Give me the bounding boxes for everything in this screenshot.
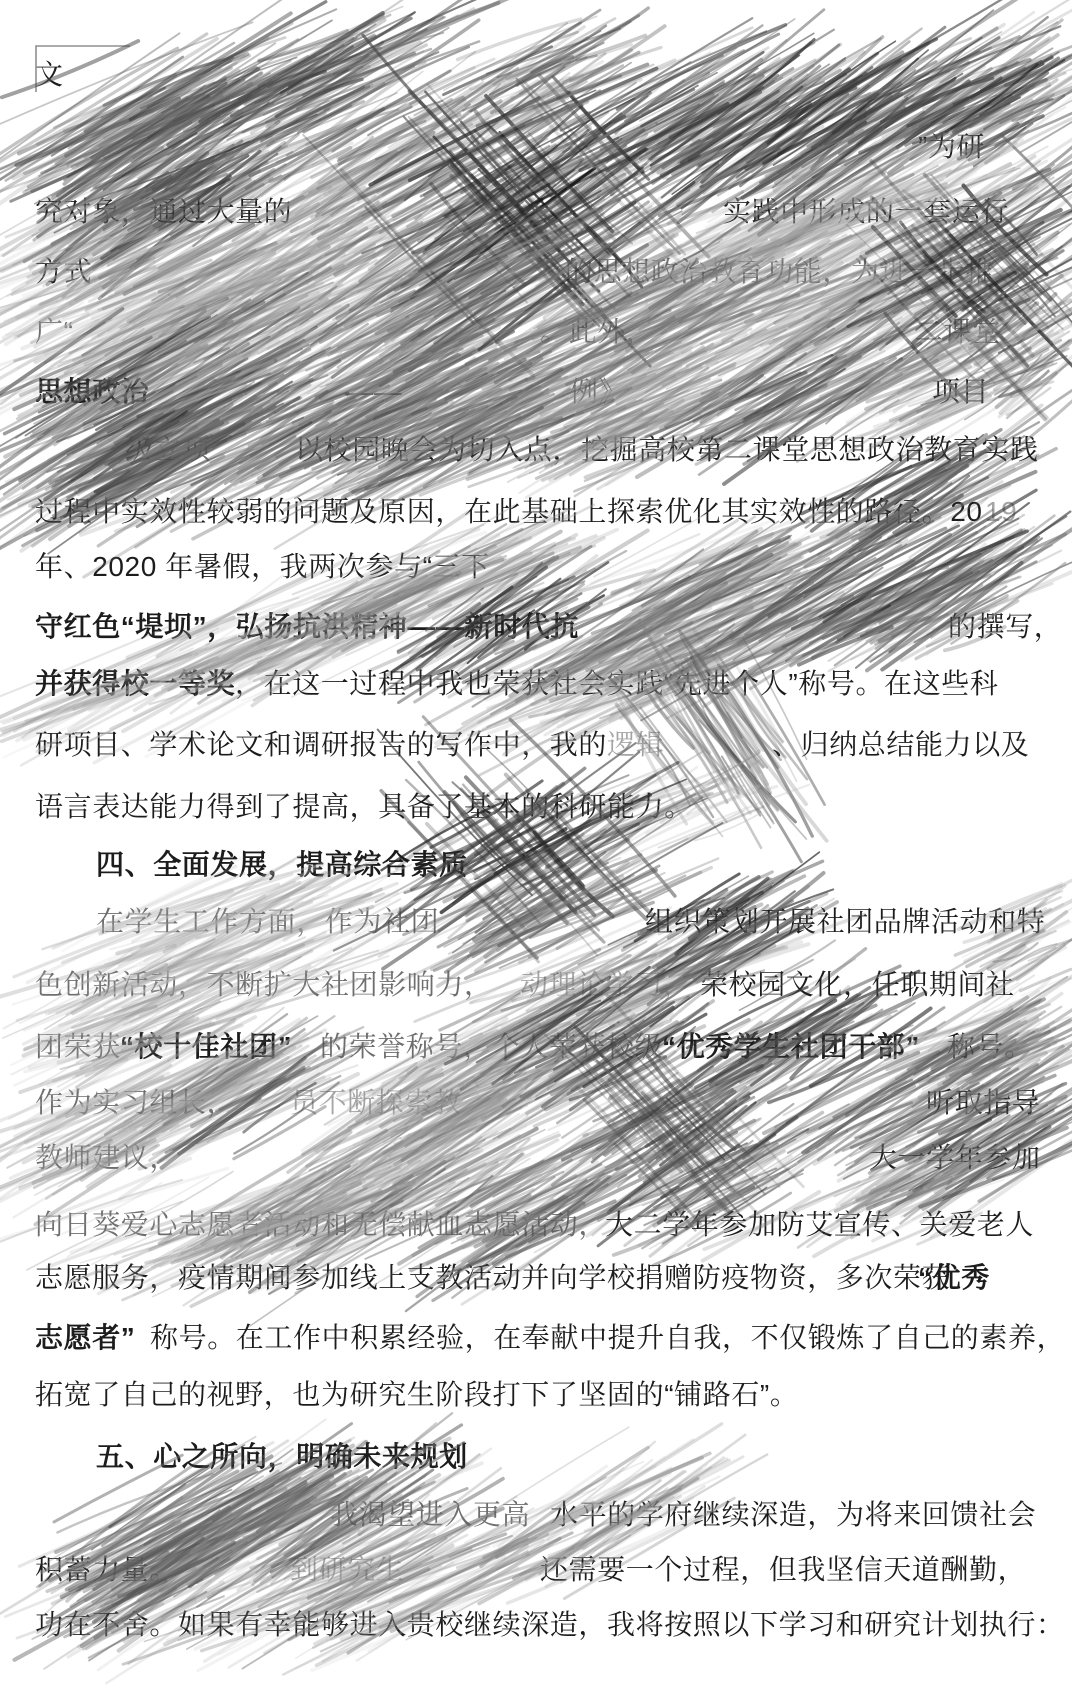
text-line: 年、2020 年暑假，我两次参与“三下 (0, 545, 1072, 589)
text-segment: ”为研 (918, 125, 985, 169)
emphasis-text: “优秀学生社团干部” (662, 1025, 920, 1069)
emphasis-text: 并获得校一等奖 (35, 662, 235, 706)
text-segment: 称号。在工作中积累经验，在奉献中提升自我，不仅锻炼了自己的素养， (150, 1316, 1065, 1360)
text-segment: 的思想政治教育功能，为进一步推 (565, 250, 994, 294)
text-line: 过程中实效性较弱的问题及原因，在此基础上探索优化其实效性的路径。2019 (0, 490, 1072, 534)
text-segment: 年、2020 年暑假，我两次参与“三下 (35, 545, 490, 589)
emphasis-text: 五、心之所向，明确未来规划 (96, 1435, 468, 1479)
text-line: 团荣获“校十佳社团”的荣誉称号，个人荣获校级“优秀学生社团干部”称号。 (0, 1025, 1072, 1069)
text-segment: —— (345, 370, 402, 414)
text-line: 在学生工作方面，作为社团组织策划开展社团品牌活动和特 (0, 900, 1072, 944)
text-segment: 广“ (35, 310, 74, 354)
text-segment: 级立项 (125, 428, 211, 472)
text-segment: 语言表达能力得到了提高，具备了基本的科研能力。 (35, 785, 693, 829)
text-segment: 听取指导 (926, 1081, 1040, 1125)
text-segment: 积蓄力量。 (35, 1548, 178, 1592)
text-line: 教师建议，大一学年参加 (0, 1136, 1072, 1180)
text-segment: 、归纳总结能力以及 (772, 723, 1029, 767)
text-segment: 在学生工作方面，作为社团 (96, 900, 439, 944)
text-segment: 项目 (932, 370, 989, 414)
text-segment: 逻辑 (607, 723, 664, 767)
text-segment: 员不断探索教 (290, 1081, 462, 1125)
text-segment: 拓宽了自己的视野，也为研究生阶段打下了坚固的“铺路石”。 (35, 1373, 798, 1417)
text-segment: 例》 (570, 370, 627, 414)
text-segment: 二课堂 (915, 310, 1001, 354)
emphasis-text: 守红色“堤坝”，弘扬抗洪精神——新时代抗 (35, 605, 579, 649)
text-segment: 作为实习组长， (35, 1081, 235, 1125)
text-line: 志愿者”称号。在工作中积累经验，在奉献中提升自我，不仅锻炼了自己的素养， (0, 1316, 1072, 1360)
text-segment: 大一学年参加 (869, 1136, 1041, 1180)
document-page: 文”为研究对象，通过大量的实践中形成的一套运行方式的思想政治教育功能，为进一步推… (0, 0, 1072, 1708)
text-line: 文 (0, 53, 1072, 97)
section-heading-4: 四、全面发展，提高综合素质 (0, 843, 1072, 887)
text-segment: 团荣获 (35, 1025, 121, 1069)
text-segment: 以校园晚会为切入点，挖掘高校第二课堂思想政治教育实践 (295, 428, 1039, 472)
text-line: 功在不舍。如果有幸能够进入贵校继续深造，我将按照以下学习和研究计划执行： (0, 1603, 1072, 1647)
text-segment: 色创新活动，不断扩大社团影响力， (35, 963, 493, 1007)
emphasis-text: 思想政治 (35, 370, 149, 414)
text-segment: 过程中实效性较弱的问题及原因，在此基础上探索优化其实效性的路径。20 (35, 490, 983, 534)
text-segment: 方式 (35, 250, 92, 294)
text-line: 究对象，通过大量的实践中形成的一套运行 (0, 190, 1072, 234)
emphasis-text: “校十佳社团” (120, 1025, 292, 1069)
text-segment: 到研究生 (290, 1548, 404, 1592)
text-segment: 组织策划开展社团品牌活动和特 (645, 900, 1045, 944)
text-segment: 。此外， (540, 310, 654, 354)
text-segment: 19 (985, 490, 1017, 534)
text-line: 思想政治——例》项目 (0, 370, 1072, 414)
section-heading-5: 五、心之所向，明确未来规划 (0, 1435, 1072, 1479)
text-segment: 教师建议， (35, 1136, 178, 1180)
text-line: 积蓄力量。到研究生还需要一个过程，但我坚信天道酬勤， (0, 1548, 1072, 1592)
text-segment: 我渴望进入更高 (330, 1493, 530, 1537)
text-line: 守红色“堤坝”，弘扬抗洪精神——新时代抗的撰写， (0, 605, 1072, 649)
text-line: 研项目、学术论文和调研报告的写作中，我的逻辑、归纳总结能力以及 (0, 723, 1072, 767)
text-line: 我渴望进入更高水平的学府继续深造，为将来回馈社会 (0, 1493, 1072, 1537)
text-segment: 向日葵爱心志愿者活动和无偿献血志愿活动， (35, 1203, 607, 1247)
text-line: 色创新活动，不断扩大社团影响力，动理论学习，荣校园文化，任职期间社 (0, 963, 1072, 1007)
text-segment: ，在这一过程中我也荣获社会实践“先进个人”称号。在这些科 (235, 662, 998, 706)
text-line: 并获得校一等奖，在这一过程中我也荣获社会实践“先进个人”称号。在这些科 (0, 662, 1072, 706)
text-segment: 实践中形成的一套运行 (723, 190, 1009, 234)
text-segment: 的撰写， (948, 605, 1062, 649)
text-line: 级立项以校园晚会为切入点，挖掘高校第二课堂思想政治教育实践 (0, 428, 1072, 472)
emphasis-text: 志愿者” (35, 1316, 135, 1360)
text-line: 作为实习组长，员不断探索教听取指导 (0, 1081, 1072, 1125)
text-line: 方式的思想政治教育功能，为进一步推 (0, 250, 1072, 294)
text-segment: 称号。 (947, 1025, 1033, 1069)
text-segment: 水平的学府继续深造，为将来回馈社会 (550, 1493, 1036, 1537)
text-segment: 还需要一个过程，但我坚信天道酬勤， (540, 1548, 1026, 1592)
text-segment: 文 (35, 53, 64, 97)
text-line: 广“。此外，二课堂 (0, 310, 1072, 354)
text-segment: 究对象，通过大量的 (35, 190, 292, 234)
text-segment: 动理论学习， (520, 963, 692, 1007)
text-line: 志愿服务，疫情期间参加线上支教活动并向学校捐赠防疫物资，多次荣获“优秀 (0, 1256, 1072, 1300)
text-segment: 荣校园文化，任职期间社 (700, 963, 1015, 1007)
text-line: 拓宽了自己的视野，也为研究生阶段打下了坚固的“铺路石”。 (0, 1373, 1072, 1417)
emphasis-text: 四、全面发展，提高综合素质 (96, 843, 468, 887)
text-line: 向日葵爱心志愿者活动和无偿献血志愿活动，大二学年参加防艾宣传、关爱老人 (0, 1203, 1072, 1247)
text-segment: 功在不舍。如果有幸能够进入贵校继续深造，我将按照以下学习和研究计划执行： (35, 1603, 1065, 1647)
text-line: 语言表达能力得到了提高，具备了基本的科研能力。 (0, 785, 1072, 829)
text-line: ”为研 (0, 125, 1072, 169)
text-segment: 研项目、学术论文和调研报告的写作中，我的 (35, 723, 607, 767)
emphasis-text: “优秀 (918, 1256, 990, 1300)
text-segment: 大二学年参加防艾宣传、关爱老人 (605, 1203, 1034, 1247)
text-segment: 的荣誉称号，个人荣获校级 (320, 1025, 663, 1069)
text-segment: 志愿服务，疫情期间参加线上支教活动并向学校捐赠防疫物资，多次荣获 (35, 1256, 950, 1300)
